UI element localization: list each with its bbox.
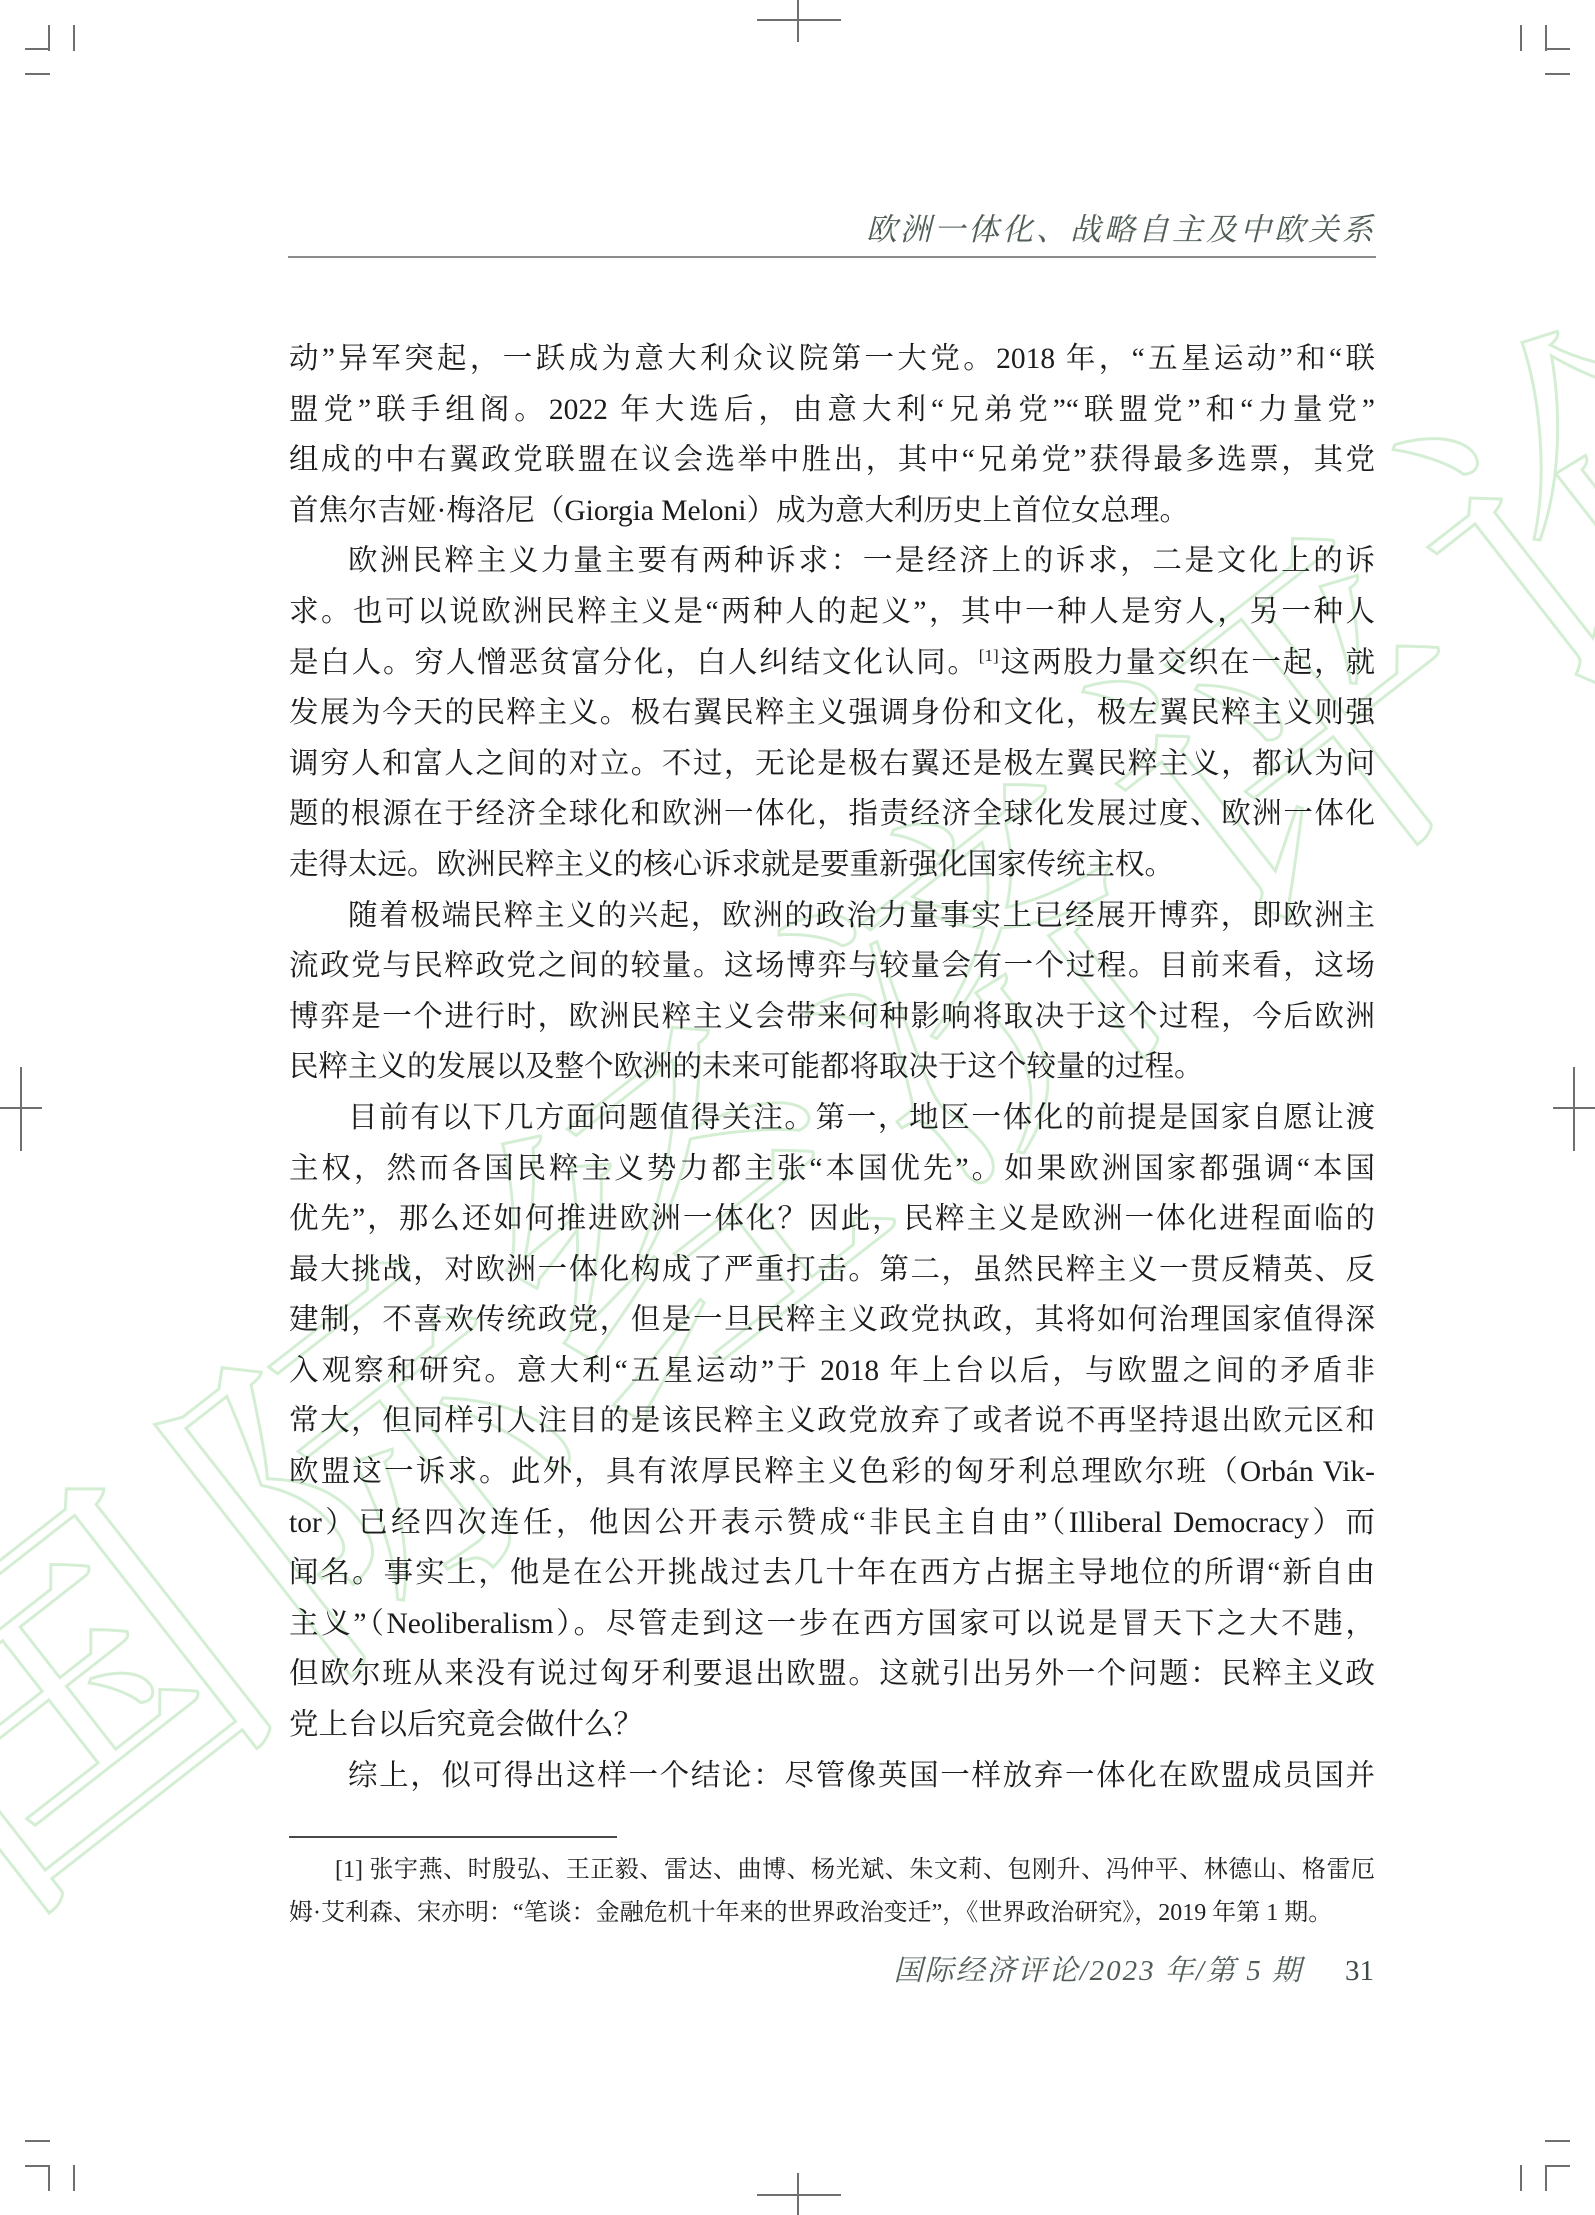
running-head-title: 欧洲一体化、战略自主及中欧关系 <box>288 204 1376 249</box>
page-footer: 国际经济评论/2023 年/第 5 期31 <box>894 1948 1374 1989</box>
article-body: 动”异军突起，一跃成为意大利众议院第一大党。2018 年，“五星运动”和“联盟党… <box>289 334 1375 1801</box>
body-line: 求。也可以说欧洲民粹主义是“两种人的起义”，其中一种人是穷人，另一种人 <box>289 587 1375 638</box>
body-line: 动”异军突起，一跃成为意大利众议院第一大党。2018 年，“五星运动”和“联 <box>289 334 1375 385</box>
body-line: 综上，似可得出这样一个结论：尽管像英国一样放弃一体化在欧盟成员国并 <box>289 1751 1375 1802</box>
registration-cross-right-middle <box>1573 1067 1575 1151</box>
registration-cross-top-center <box>797 0 799 42</box>
footnote-marker: [1] <box>979 646 999 665</box>
header-rule <box>288 256 1376 258</box>
crop-mark-bottom-right <box>1545 2140 1570 2142</box>
body-line: 目前有以下几方面问题值得关注。第一，地区一体化的前提是国家自愿让渡 <box>289 1093 1375 1144</box>
crop-mark-top-left <box>25 73 50 75</box>
body-line: 优先”，那么还如何推进欧洲一体化？因此，民粹主义是欧洲一体化进程面临的 <box>289 1194 1375 1245</box>
body-line: 调穷人和富人之间的对立。不过，无论是极右翼还是极左翼民粹主义，都认为问 <box>289 739 1375 790</box>
body-line: 最大挑战，对欧洲一体化构成了严重打击。第二，虽然民粹主义一贯反精英、反 <box>289 1245 1375 1296</box>
body-line: 首焦尔吉娅·梅洛尼（Giorgia Meloni）成为意大利历史上首位女总理。 <box>289 486 1375 537</box>
crop-mark-bottom-left <box>48 2165 50 2191</box>
crop-mark-bottom-left <box>25 2140 50 2142</box>
body-line: 题的根源在于经济全球化和欧洲一体化，指责经济全球化发展过度、欧洲一体化 <box>289 789 1375 840</box>
crop-mark-top-left <box>25 48 50 50</box>
footnote-line: [1] 张宇燕、时殷弘、王正毅、雷达、曲博、杨光斌、朱文莉、包刚升、冯仲平、林德… <box>289 1849 1375 1892</box>
crop-mark-bottom-right <box>1545 2165 1570 2167</box>
page-number: 31 <box>1345 1955 1374 1987</box>
registration-cross-top-center <box>757 19 841 21</box>
journal-issue-label: 国际经济评论/2023 年/第 5 期 <box>894 1955 1303 1987</box>
body-line: 随着极端民粹主义的兴起，欧洲的政治力量事实上已经展开博弈，即欧洲主 <box>289 891 1375 942</box>
crop-mark-top-right <box>1520 25 1522 51</box>
body-line: 流政党与民粹政党之间的较量。这场博弈与较量会有一个过程。目前来看，这场 <box>289 941 1375 992</box>
body-line: 是白人。穷人憎恶贫富分化，白人纠结文化认同。[1]这两股力量交织在一起，就 <box>289 638 1375 689</box>
body-line: 常大，但同样引人注目的是该民粹主义政党放弃了或者说不再坚持退出欧元区和 <box>289 1396 1375 1447</box>
registration-cross-left-middle <box>20 1067 22 1151</box>
body-line: 闻名。事实上，他是在公开挑战过去几十年在西方占据主导地位的所谓“新自由 <box>289 1548 1375 1599</box>
body-line: 主义”（Neoliberalism）。尽管走到这一步在西方国家可以说是冒天下之大… <box>289 1599 1375 1650</box>
journal-page: 国际经济评论 欧洲一体化、战略自主及中欧关系 动”异军突起，一跃成为意大利众议院… <box>0 0 1595 2215</box>
body-line: 走得太远。欧洲民粹主义的核心诉求就是要重新强化国家传统主权。 <box>289 840 1375 891</box>
crop-mark-top-right <box>1545 48 1570 50</box>
body-line: 欧洲民粹主义力量主要有两种诉求：一是经济上的诉求，二是文化上的诉 <box>289 536 1375 587</box>
crop-mark-top-left <box>73 25 75 51</box>
body-line: 建制，不喜欢传统政党，但是一旦民粹主义政党执政，其将如何治理国家值得深 <box>289 1295 1375 1346</box>
body-line: 党上台以后究竟会做什么？ <box>289 1700 1375 1751</box>
body-line: 入观察和研究。意大利“五星运动”于 2018 年上台以后，与欧盟之间的矛盾非 <box>289 1346 1375 1397</box>
body-line: 组成的中右翼政党联盟在议会选举中胜出，其中“兄弟党”获得最多选票，其党 <box>289 435 1375 486</box>
body-line: tor）已经四次连任，他因公开表示赞成“非民主自由”（Illiberal Dem… <box>289 1498 1375 1549</box>
body-line: 主权，然而各国民粹主义势力都主张“本国优先”。如果欧洲国家都强调“本国 <box>289 1144 1375 1195</box>
body-line: 发展为今天的民粹主义。极右翼民粹主义强调身份和文化，极左翼民粹主义则强 <box>289 688 1375 739</box>
footnote-separator <box>289 1836 617 1838</box>
registration-cross-bottom-center <box>757 2194 841 2196</box>
footnote-line: 姆·艾利森、宋亦明：“笔谈：金融危机十年来的世界政治变迁”，《世界政治研究》，2… <box>289 1892 1375 1935</box>
body-line: 民粹主义的发展以及整个欧洲的未来可能都将取决于这个较量的过程。 <box>289 1042 1375 1093</box>
crop-mark-bottom-left <box>73 2165 75 2191</box>
body-line: 盟党”联手组阁。2022 年大选后，由意大利“兄弟党”“联盟党”和“力量党” <box>289 385 1375 436</box>
body-line: 但欧尔班从来没有说过匈牙利要退出欧盟。这就引出另外一个问题：民粹主义政 <box>289 1649 1375 1700</box>
crop-mark-bottom-left <box>25 2165 50 2167</box>
registration-cross-left-middle <box>0 1107 42 1109</box>
footnote: [1] 张宇燕、时殷弘、王正毅、雷达、曲博、杨光斌、朱文莉、包刚升、冯仲平、林德… <box>289 1849 1375 1934</box>
registration-cross-right-middle <box>1553 1107 1595 1109</box>
body-line: 欧盟这一诉求。此外，具有浓厚民粹主义色彩的匈牙利总理欧尔班（Orbán Vik- <box>289 1447 1375 1498</box>
crop-mark-top-right <box>1545 73 1570 75</box>
crop-mark-bottom-right <box>1520 2165 1522 2191</box>
body-line: 博弈是一个进行时，欧洲民粹主义会带来何种影响将取决于这个过程，今后欧洲 <box>289 992 1375 1043</box>
crop-mark-bottom-right <box>1545 2165 1547 2191</box>
